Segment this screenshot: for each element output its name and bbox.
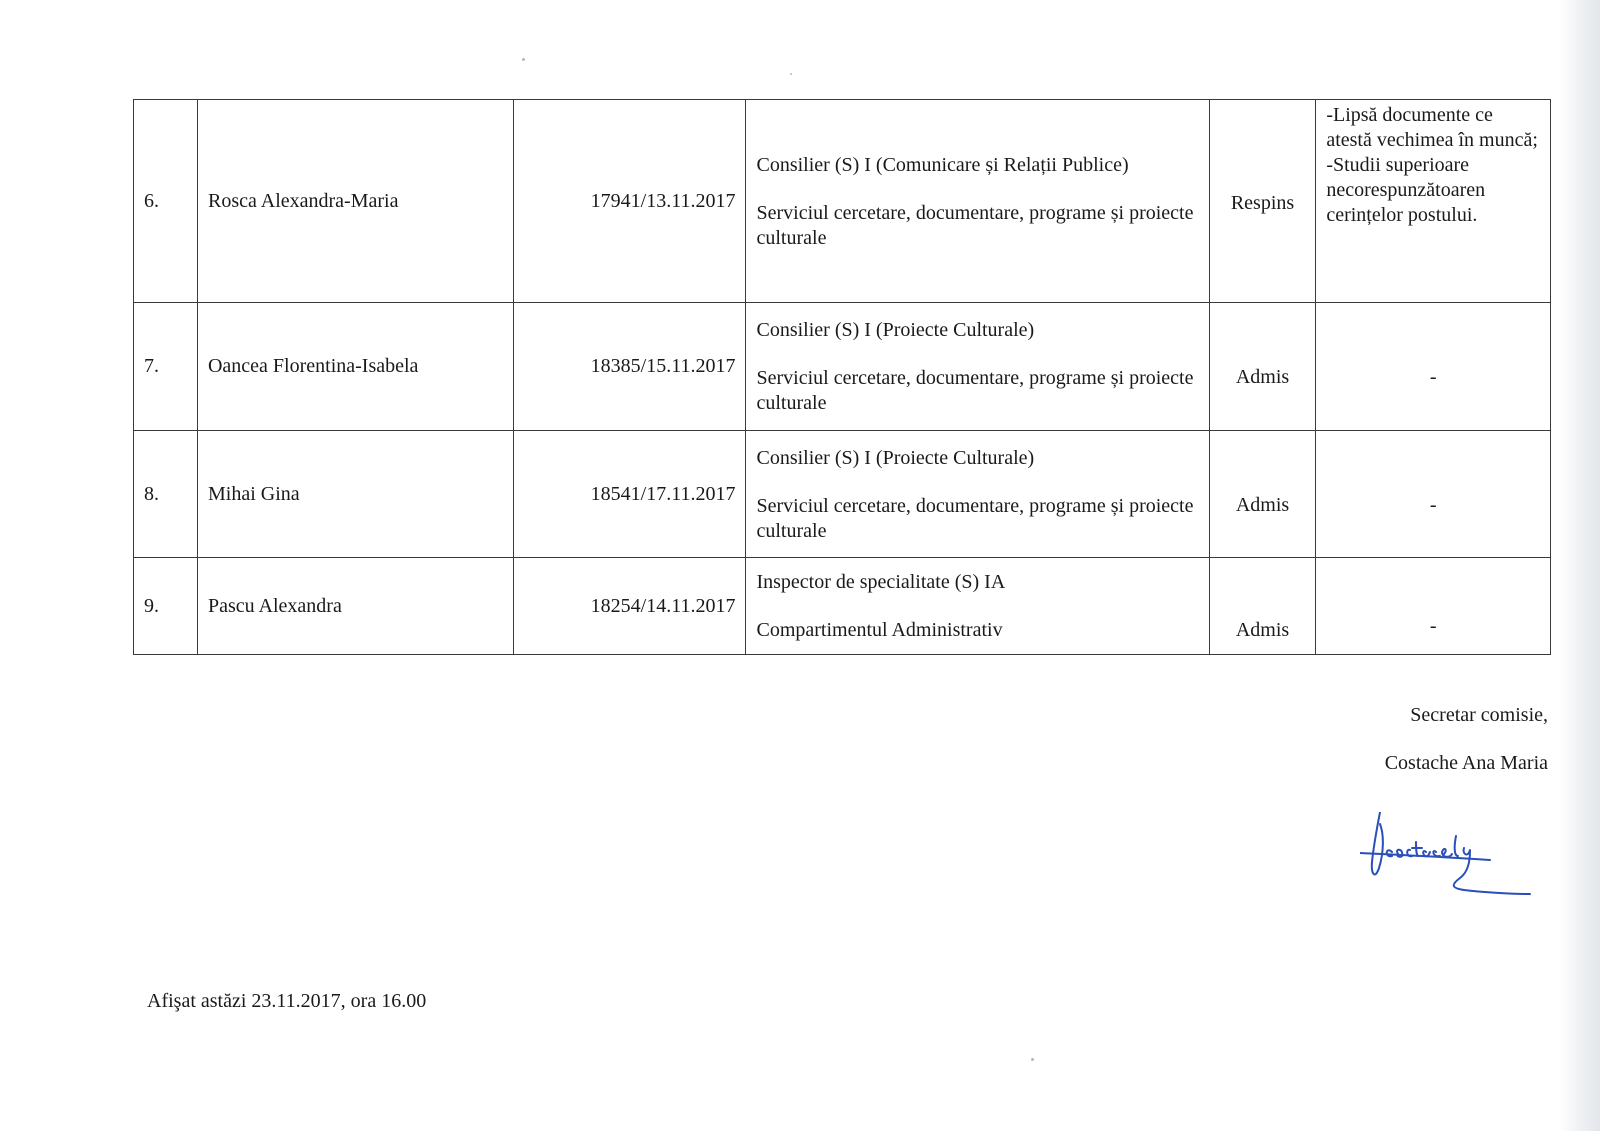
table-row: 7. Oancea Florentina-Isabela 18385/15.11… (134, 303, 1551, 431)
observations-cell: - (1316, 558, 1551, 655)
observations-text: - (1430, 493, 1437, 518)
candidate-name: Oancea Florentina-Isabela (197, 303, 513, 431)
row-number: 7. (134, 303, 198, 431)
result-cell: Admis (1209, 303, 1316, 431)
candidate-name: Pascu Alexandra (197, 558, 513, 655)
table-row: 8. Mihai Gina 18541/17.11.2017 Consilier… (134, 431, 1551, 558)
post-cell: Consilier (S) I (Proiecte Culturale) Ser… (746, 303, 1209, 431)
post-title: Consilier (S) I (Proiecte Culturale) (756, 446, 1198, 471)
posted-date-notice: Afişat astăzi 23.11.2017, ora 16.00 (147, 989, 426, 1014)
candidate-name: Rosca Alexandra-Maria (197, 100, 513, 303)
registration-number: 18541/17.11.2017 (513, 431, 746, 558)
observations-cell: - (1316, 431, 1551, 558)
handwritten-signature (1360, 812, 1560, 912)
table-row: 6. Rosca Alexandra-Maria 17941/13.11.201… (134, 100, 1551, 303)
registration-number: 17941/13.11.2017 (513, 100, 746, 303)
signatory-role: Secretar comisie, (1385, 703, 1548, 728)
row-number: 8. (134, 431, 198, 558)
scan-speck (522, 58, 525, 61)
row-number: 6. (134, 100, 198, 303)
result-cell: Respins (1209, 100, 1316, 303)
observations-text: -Lipsă documente ce atestă vechimea în m… (1326, 103, 1540, 228)
row-number: 9. (134, 558, 198, 655)
candidates-results-table: 6. Rosca Alexandra-Maria 17941/13.11.201… (133, 99, 1551, 655)
post-department: Serviciul cercetare, documentare, progra… (756, 366, 1198, 416)
result-status: Admis (1236, 618, 1289, 643)
post-title: Consilier (S) I (Proiecte Culturale) (756, 318, 1198, 343)
observations-cell: -Lipsă documente ce atestă vechimea în m… (1316, 100, 1551, 303)
post-department: Compartimentul Administrativ (756, 618, 1198, 643)
registration-number: 18254/14.11.2017 (513, 558, 746, 655)
scan-speck (1031, 1058, 1034, 1061)
scan-edge-shadow (1560, 0, 1600, 1131)
candidate-name: Mihai Gina (197, 431, 513, 558)
signature-block: Secretar comisie, Costache Ana Maria (1385, 703, 1548, 776)
observations-text: - (1430, 614, 1437, 639)
post-cell: Consilier (S) I (Proiecte Culturale) Ser… (746, 431, 1209, 558)
signatory-name: Costache Ana Maria (1385, 751, 1548, 776)
result-cell: Admis (1209, 431, 1316, 558)
observations-text: - (1430, 365, 1437, 390)
post-title: Inspector de specialitate (S) IA (756, 570, 1198, 595)
table-row: 9. Pascu Alexandra 18254/14.11.2017 Insp… (134, 558, 1551, 655)
registration-number: 18385/15.11.2017 (513, 303, 746, 431)
result-status: Respins (1231, 191, 1294, 216)
post-cell: Consilier (S) I (Comunicare și Relații P… (746, 100, 1209, 303)
post-department: Serviciul cercetare, documentare, progra… (756, 201, 1198, 251)
observations-cell: - (1316, 303, 1551, 431)
post-cell: Inspector de specialitate (S) IA Compart… (746, 558, 1209, 655)
result-cell: Admis (1209, 558, 1316, 655)
post-department: Serviciul cercetare, documentare, progra… (756, 494, 1198, 544)
scan-speck (790, 73, 792, 75)
result-status: Admis (1236, 493, 1289, 518)
post-title: Consilier (S) I (Comunicare și Relații P… (756, 153, 1198, 178)
result-status: Admis (1236, 365, 1289, 390)
